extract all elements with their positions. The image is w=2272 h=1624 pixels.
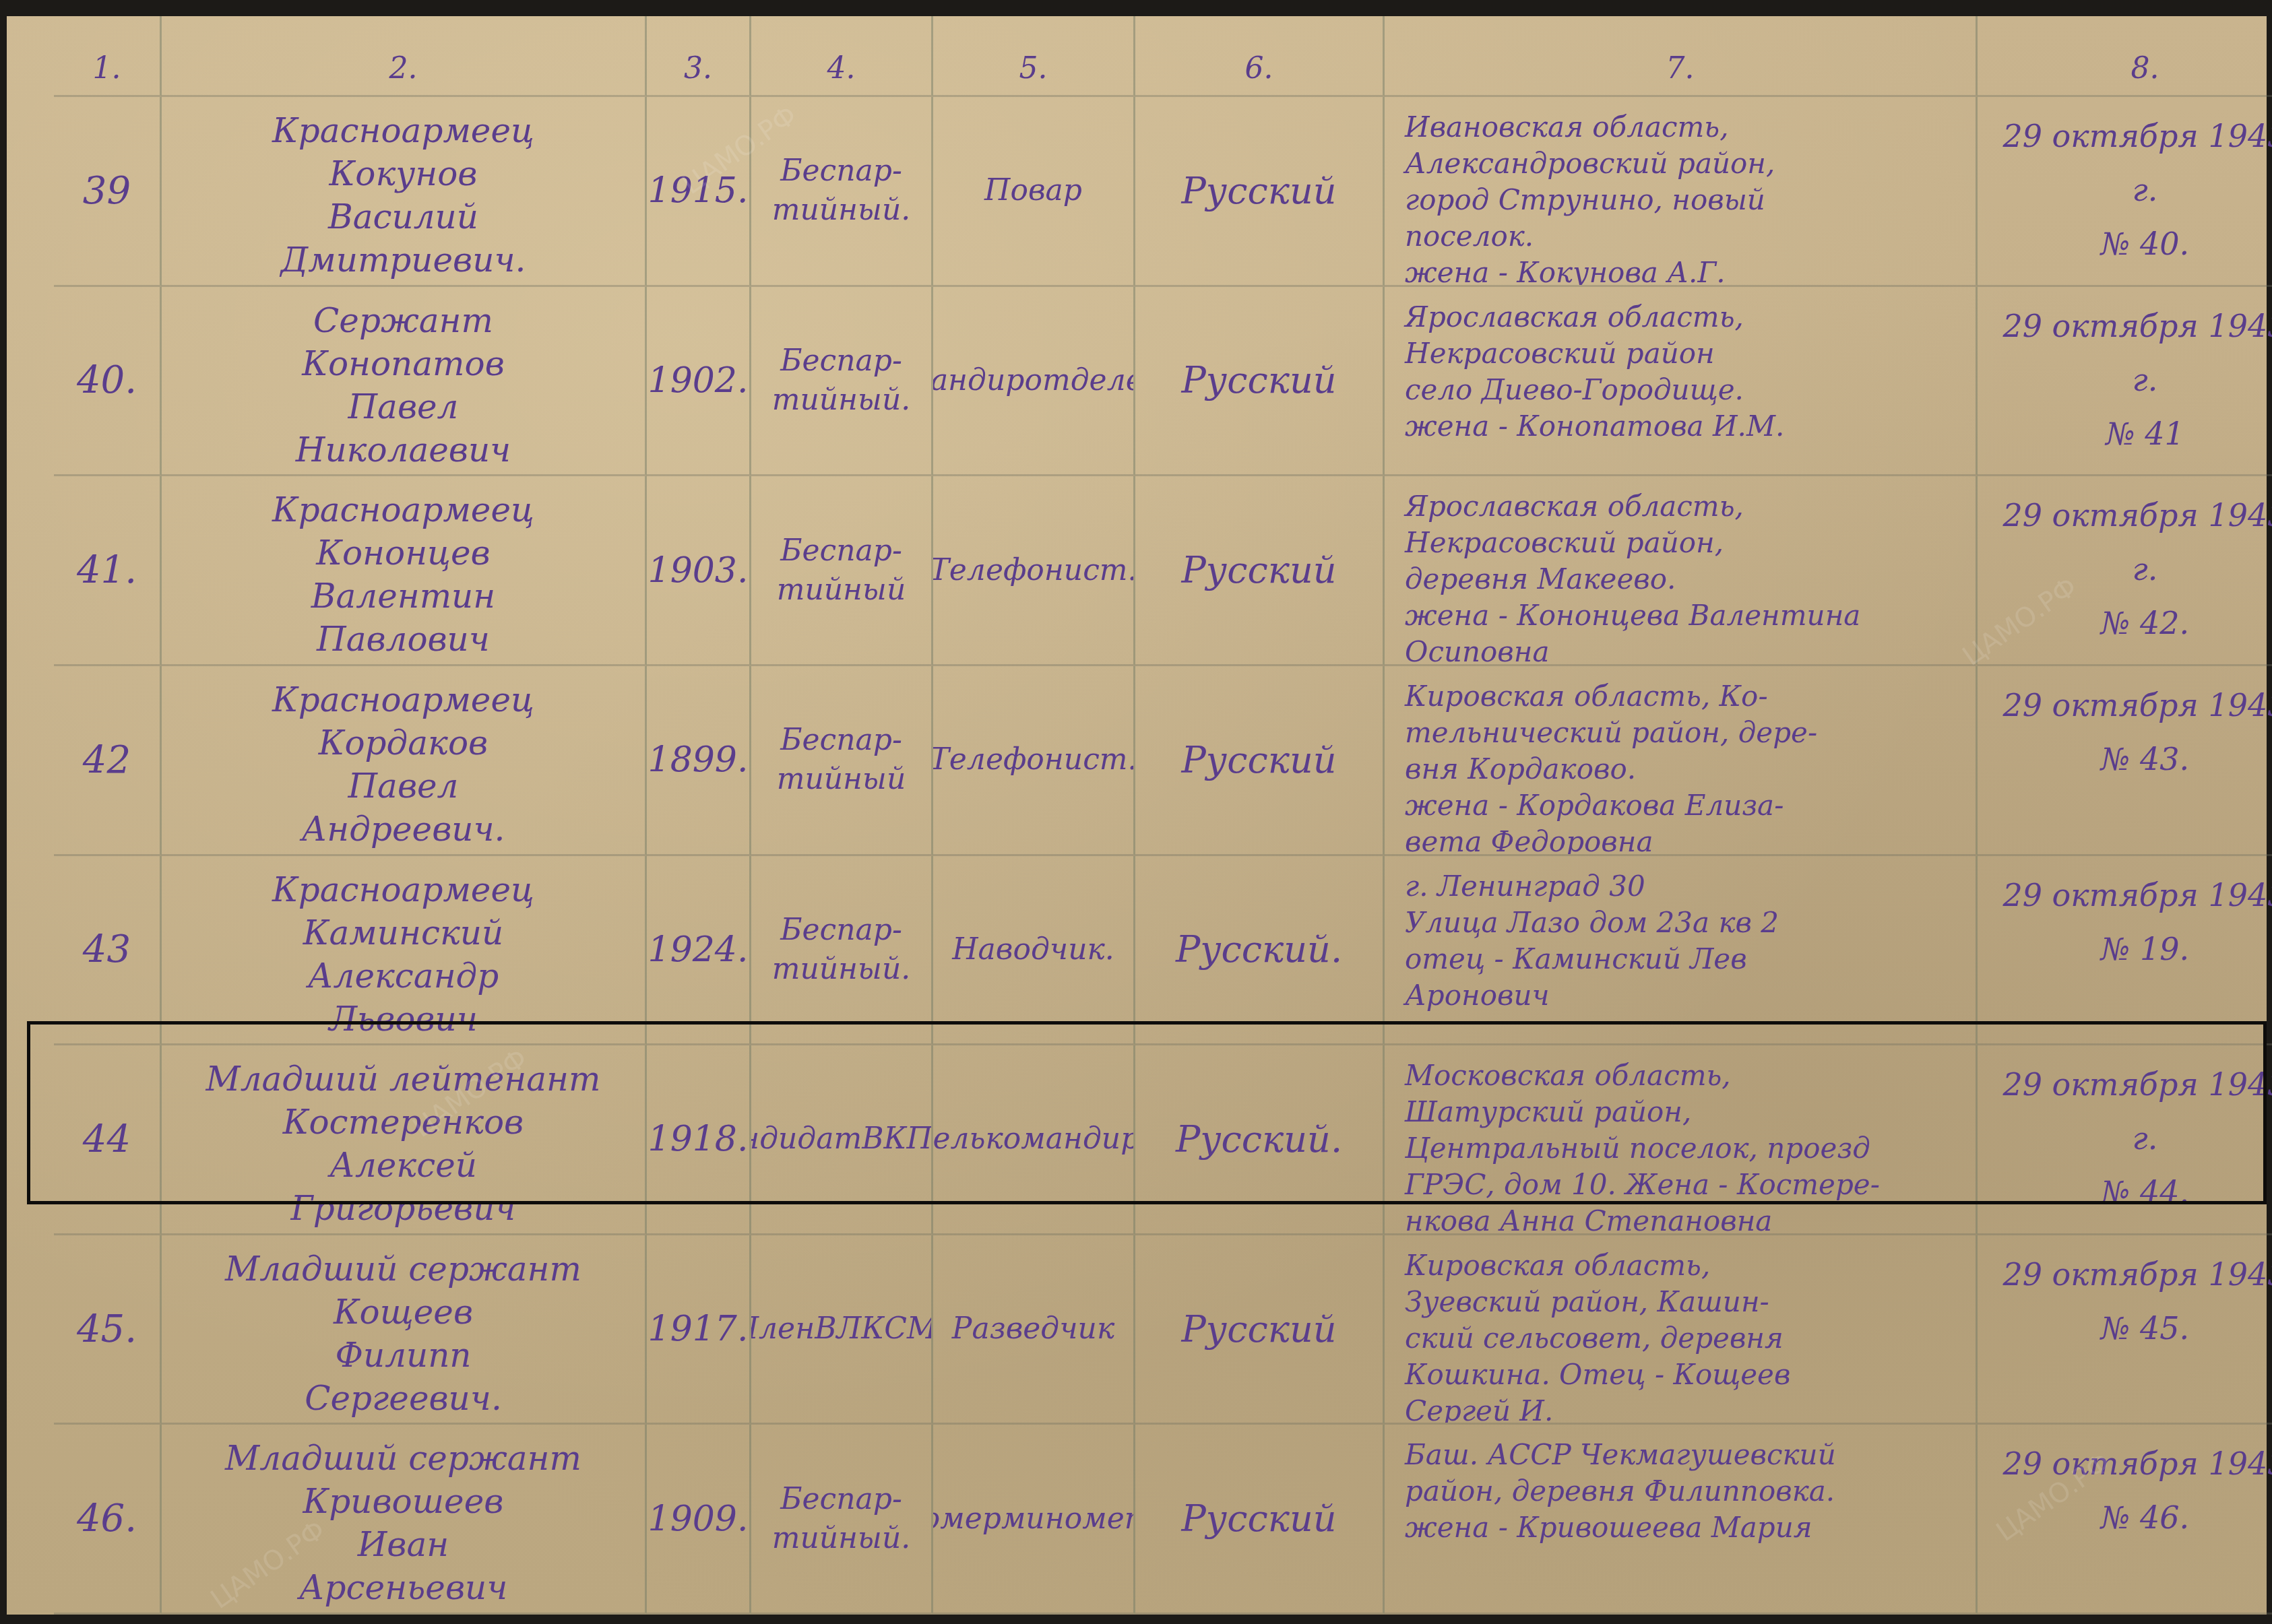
ledger-sheet: 1. 2. 3. 4. 5. 6. 7. 8. 39КрасноармеецКо… [7,16,2267,1615]
soldier-name-cell: КрасноармеецКордаковПавелАндреевич. [162,666,647,856]
address-line: жена - Кононцева Валентина [1405,597,1966,634]
party-line: Беспар- [780,533,902,568]
patronymic: Андреевич. [171,808,635,851]
party-line: Беспар- [780,723,902,757]
row-number: 41. [54,476,162,666]
order-number: № 46. [1987,1491,2272,1545]
position-line: Телефонист. [933,742,1135,777]
address-line: село Диево-Городище. [1405,372,1966,408]
row-number: 39 [54,97,162,287]
address-line: жена - Кривошеева Мария [1405,1509,1966,1546]
rank: Младший сержант [171,1437,635,1480]
party-cell: ЧленВЛКСМ. [751,1235,933,1425]
address-cell: Московская область,Шатурский район,Центр… [1385,1045,1978,1235]
patronymic: Арсеньевич [171,1566,635,1609]
first-name: Иван [171,1523,635,1566]
date-cell: 29 октября 1943№ 45. [1978,1235,2272,1425]
row-number: 46. [54,1425,162,1615]
address-line: Московская область, [1405,1058,1966,1094]
date-cell: 29 октября 1943 г.№ 41 [1978,287,2272,477]
address-line: Аронович [1405,977,1966,1014]
nationality: Русский [1135,287,1385,477]
date: 29 октября 1943 [1987,868,2272,922]
date: 29 октября 1943 г. [1987,1058,2272,1165]
ledger-table: 1. 2. 3. 4. 5. 6. 7. 8. 39КрасноармеецКо… [54,16,2267,1615]
row-number: 40. [54,287,162,477]
row-number: 45. [54,1235,162,1425]
soldier-name-cell: Младший сержантКривошеевИванАрсеньевич [162,1425,647,1615]
position-line: Телефонист. [933,553,1135,587]
rank: Младший сержант [171,1247,635,1291]
position-line: командира [985,1122,1135,1156]
order-number: № 40. [1987,217,2272,271]
column-header-2: 2. [162,16,647,97]
column-header-1: 1. [54,16,162,97]
birth-year: 1915. [647,97,751,287]
address-line: жена - Кокунова А.Г. [1405,255,1966,287]
nationality: Русский [1135,666,1385,856]
rank: Младший лейтенант [171,1058,635,1101]
row-number: 44 [54,1045,162,1235]
position-line: Наводчик. [952,932,1114,967]
party-line: Беспар- [780,154,902,188]
surname: Каминский [171,911,635,954]
party-line: тийный. [772,383,911,417]
address-line: Осиповна [1405,634,1966,666]
address-cell: г. Ленинград 30Улица Лазо дом 23а кв 2от… [1385,856,1978,1046]
order-number: № 41 [1987,407,2272,461]
soldier-name-cell: КрасноармеецКононцевВалентинПавлович [162,476,647,666]
address-cell: Ярославская область,Некрасовский районсе… [1385,287,1978,477]
party-line: тийный [777,762,906,796]
first-name: Василий [171,195,635,238]
party-line: тийный. [772,193,911,227]
address-line: Шатурский район, [1405,1094,1966,1130]
party-cell: Беспар-тийный. [751,287,933,477]
address-line: ский сельсовет, деревня [1405,1320,1966,1357]
column-header-4: 4. [751,16,933,97]
party-cell: Беспар-тийный [751,666,933,856]
first-name: Алексей [171,1144,635,1187]
address-line: Некрасовский район [1405,335,1966,372]
position-cell: Повар [933,97,1135,287]
party-line: тийный [777,573,906,607]
birth-year: 1902. [647,287,751,477]
date-cell: 29 октября 1943 г.№ 44. [1978,1045,2272,1235]
party-cell: Беспар-тийный. [751,856,933,1046]
nationality: Русский [1135,97,1385,287]
address-cell: Кировская область,Зуевский район, Кашин-… [1385,1235,1978,1425]
address-cell: Ярославская область,Некрасовский район,д… [1385,476,1978,666]
position-line: Разведчик [952,1311,1114,1346]
party-line: тийный. [772,952,911,986]
soldier-name-cell: Младший лейтенантКостеренковАлексейГриго… [162,1045,647,1235]
surname: Кордаков [171,721,635,765]
surname: Костеренков [171,1101,635,1144]
party-line: Кандидат [751,1122,862,1156]
patronymic: Павлович [171,618,635,661]
address-line: деревня Макеево. [1405,561,1966,597]
column-header-7: 7. [1385,16,1978,97]
date: 29 октября 1943 [1987,1437,2272,1491]
column-header-5: 5. [933,16,1135,97]
date-cell: 29 октября 1943№ 46. [1978,1425,2272,1615]
first-name: Валентин [171,575,635,618]
patronymic: Николаевич [171,428,635,472]
position-line: миномета [1001,1501,1135,1536]
nationality: Русский [1135,1425,1385,1615]
party-cell: Беспар-тийный [751,476,933,666]
birth-year: 1909. [647,1425,751,1615]
address-line: Кировская область, [1405,1247,1966,1284]
address-line: Баш. АССР Чекмагушевский [1405,1437,1966,1473]
party-line: Член [751,1311,815,1346]
date: 29 октября 1943 г. [1987,299,2272,407]
rank: Сержант [171,299,635,342]
birth-year: 1903. [647,476,751,666]
order-number: № 19. [1987,922,2272,976]
surname: Кононцев [171,531,635,575]
address-cell: Баш. АССР Чекмагушевскийрайон, деревня Ф… [1385,1425,1978,1615]
order-number: № 45. [1987,1301,2272,1355]
party-cell: Беспар-тийный. [751,1425,933,1615]
birth-year: 1924. [647,856,751,1046]
address-cell: Кировская область, Ко-тельнический район… [1385,666,1978,856]
nationality: Русский. [1135,856,1385,1046]
soldier-name-cell: Младший сержантКощеевФилиппСергеевич. [162,1235,647,1425]
address-cell: Ивановская область,Александровский район… [1385,97,1978,287]
date: 29 октября 1943 [1987,678,2272,732]
rank: Красноармеец [171,678,635,721]
first-name: Павел [171,765,635,808]
nationality: Русский. [1135,1045,1385,1235]
party-cell: Беспар-тийный. [751,97,933,287]
position-line: Номер [933,1501,1001,1536]
surname: Конопатов [171,342,635,385]
address-line: отец - Каминский Лев [1405,941,1966,977]
row-number: 43 [54,856,162,1046]
surname: Кривошеев [171,1480,635,1523]
address-line: Ярославская область, [1405,299,1966,335]
address-line: Ивановская область, [1405,109,1966,145]
address-line: Некрасовский район, [1405,525,1966,561]
date: 29 октября 1943 [1987,1247,2272,1301]
position-cell: Командиротделения [933,287,1135,477]
address-line: Кировская область, Ко- [1405,678,1966,715]
address-line: жена - Кордакова Елиза- [1405,787,1966,824]
party-line: тийный. [772,1521,911,1555]
party-cell: КандидатВКП(б). [751,1045,933,1235]
soldier-name-cell: КрасноармеецКокуновВасилийДмитриевич. [162,97,647,287]
address-line: г. Ленинград 30 [1405,868,1966,905]
patronymic: Григорьевич [171,1187,635,1230]
address-line: поселок. [1405,218,1966,255]
birth-year: 1899. [647,666,751,856]
address-line: тельнический район, дере- [1405,715,1966,751]
address-line: Зуевский район, Кашин- [1405,1284,1966,1320]
position-cell: Телефонист. [933,666,1135,856]
first-name: Павел [171,385,635,428]
position-line: Повар [984,173,1082,207]
rank: Красноармеец [171,109,635,152]
date-cell: 29 октября 1943 г.№ 40. [1978,97,2272,287]
nationality: Русский [1135,1235,1385,1425]
address-line: Улица Лазо дом 23а кв 2 [1405,905,1966,941]
party-line: ВКП(б). [862,1122,933,1156]
birth-year: 1917. [647,1235,751,1425]
position-line: Командир [933,363,1025,397]
address-line: Александровский район, [1405,145,1966,182]
address-line: вета Федоровна [1405,824,1966,856]
party-line: ВЛКСМ. [815,1311,933,1346]
party-line: Беспар- [780,913,902,947]
address-line: вня Кордаково. [1405,751,1966,787]
party-line: Беспар- [780,1482,902,1516]
row-number: 42 [54,666,162,856]
column-header-6: 6. [1135,16,1385,97]
soldier-name-cell: КрасноармеецКаминскийАлександрЛьвович [162,856,647,1046]
patronymic: Сергеевич. [171,1377,635,1420]
position-cell: Заместителькомандирабатареи. [933,1045,1135,1235]
rank: Красноармеец [171,868,635,911]
order-number: № 42. [1987,596,2272,650]
first-name: Александр [171,954,635,998]
date: 29 октября 1943 г. [1987,109,2272,217]
address-line: нкова Анна Степановна [1405,1203,1966,1235]
date: 29 октября 1943 г. [1987,488,2272,596]
address-line: ГРЭС, дом 10. Жена - Костере- [1405,1167,1966,1203]
address-line: Ярославская область, [1405,488,1966,525]
birth-year: 1918. [647,1045,751,1235]
surname: Кощеев [171,1291,635,1334]
position-cell: Разведчик [933,1235,1135,1425]
position-line: Заместитель [933,1122,985,1156]
patronymic: Львович [171,998,635,1041]
surname: Кокунов [171,152,635,195]
order-number: № 44. [1987,1165,2272,1219]
position-cell: Номерминомета [933,1425,1135,1615]
address-line: жена - Конопатова И.М. [1405,408,1966,445]
address-line: город Струнино, новый [1405,182,1966,218]
party-line: Беспар- [780,344,902,378]
first-name: Филипп [171,1334,635,1377]
soldier-name-cell: СержантКонопатовПавелНиколаевич [162,287,647,477]
position-cell: Телефонист. [933,476,1135,666]
order-number: № 43. [1987,732,2272,786]
address-line: район, деревня Филипповка. [1405,1473,1966,1509]
date-cell: 29 октября 1943 г.№ 42. [1978,476,2272,666]
date-cell: 29 октября 1943№ 43. [1978,666,2272,856]
column-header-8: 8. [1978,16,2272,97]
patronymic: Дмитриевич. [171,238,635,282]
address-line: Кошкина. Отец - Кощеев [1405,1357,1966,1393]
nationality: Русский [1135,476,1385,666]
column-header-3: 3. [647,16,751,97]
position-cell: Наводчик. [933,856,1135,1046]
rank: Красноармеец [171,488,635,531]
position-line: отделения [1025,363,1136,397]
address-line: Центральный поселок, проезд [1405,1130,1966,1167]
address-line: Сергей И. [1405,1393,1966,1425]
date-cell: 29 октября 1943№ 19. [1978,856,2272,1046]
